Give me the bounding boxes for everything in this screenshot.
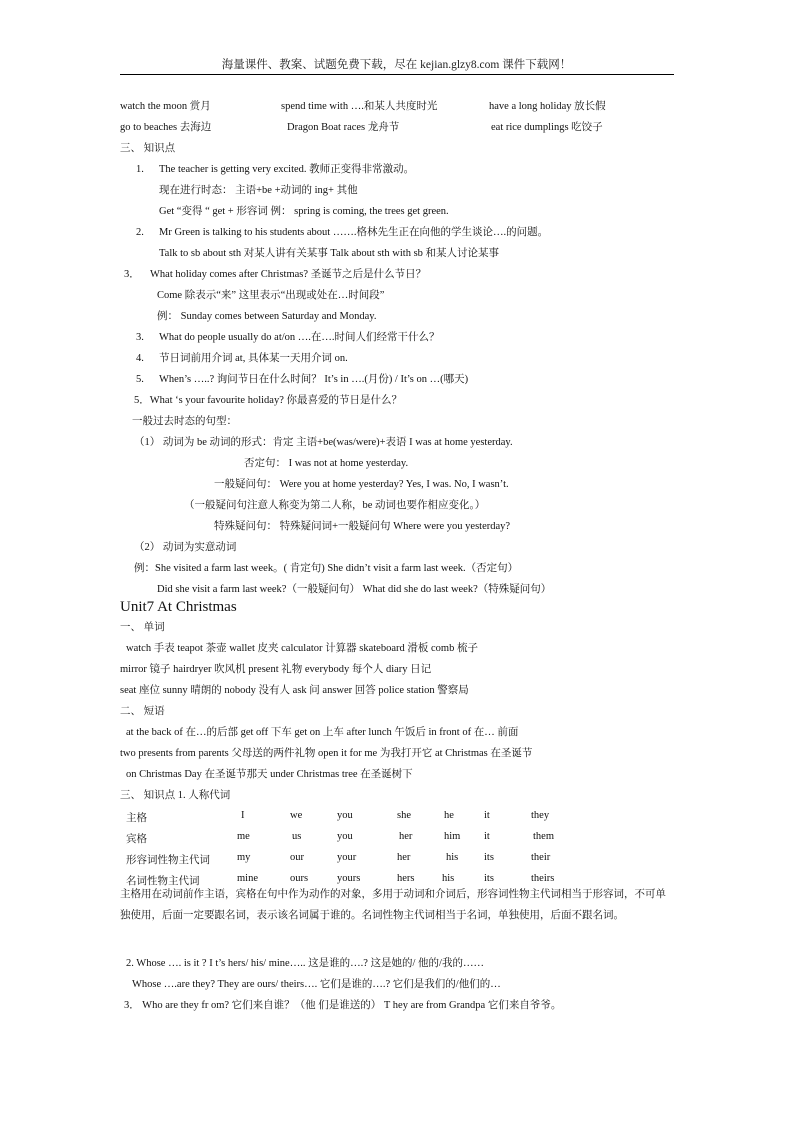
pronoun-cell: your — [337, 852, 356, 863]
phrase-line: on Christmas Day 在圣诞节那天 under Christmas … — [126, 768, 413, 782]
knowledge-line: 4. — [136, 352, 144, 366]
knowledge-line: Mr Green is talking to his students abou… — [159, 226, 548, 240]
pronoun-cell: them — [533, 831, 554, 842]
vocab-line: mirror 镜子 hairdryer 吹风机 present 礼物 every… — [120, 663, 431, 677]
pronoun-cell: mine — [237, 873, 258, 884]
section-heading: 三、 知识点 — [120, 142, 175, 156]
section-heading: 三、 知识点 1. 人称代词 — [120, 789, 230, 803]
knowledge-line: （1） 动词为 be 动词的形式：肯定 主语+be(was/were)+表语 I… — [134, 436, 513, 450]
page-header: 海量课件、教案、试题免费下载，尽在 kejian.glzy8.com 课件下载网… — [0, 56, 793, 72]
vocab-line: watch 手表 teapot 茶壶 wallet 皮夹 calculator … — [126, 642, 478, 656]
pronoun-row-label: 形容词性物主代词 — [126, 852, 210, 867]
pronoun-cell: hers — [397, 873, 415, 884]
phrase-item: eat rice dumplings 吃饺子 — [491, 121, 603, 135]
section-heading: 二、 短语 — [120, 705, 165, 719]
knowledge-line: 一般疑问句： Were you at home yesterday? Yes, … — [214, 478, 509, 492]
phrase-line: at the back of 在…的后部 get off 下车 get on 上… — [126, 726, 518, 740]
pronoun-cell: we — [290, 810, 302, 821]
pronoun-cell: me — [237, 831, 250, 842]
knowledge-line: Get “变得 “ get + 形容词 例： spring is coming,… — [159, 205, 449, 219]
pronoun-cell: ours — [290, 873, 308, 884]
pronoun-cell: I — [241, 810, 245, 821]
pronoun-cell: you — [337, 810, 353, 821]
knowledge-line: （一般疑问句注意人称变为第二人称，be 动词也要作相应变化。） — [184, 499, 485, 513]
vocab-line: seat 座位 sunny 晴朗的 nobody 没有人 ask 问 answe… — [120, 684, 469, 698]
knowledge-line: 特殊疑问句： 特殊疑问词+一般疑问句 Where were you yester… — [214, 520, 510, 534]
pronoun-cell: you — [337, 831, 353, 842]
example-line: 2. Whose …. is it ? I t’s hers/ his/ min… — [126, 957, 484, 971]
pronoun-row-label: 宾格 — [126, 831, 147, 846]
pronoun-cell: it — [484, 810, 490, 821]
knowledge-line: 3. — [136, 331, 144, 345]
pronoun-cell: his — [442, 873, 454, 884]
knowledge-line: The teacher is getting very excited. 教师正… — [159, 163, 414, 177]
pronoun-cell: him — [444, 831, 460, 842]
unit-title: Unit7 At Christmas — [120, 598, 237, 616]
knowledge-line: 2. — [136, 226, 144, 240]
knowledge-line: 现在进行时态： 主语+be +动词的 ing+ 其他 — [159, 184, 358, 198]
pronoun-cell: he — [444, 810, 454, 821]
knowledge-line: Did she visit a farm last week?（一般疑问句） W… — [157, 583, 551, 597]
pronoun-cell: they — [531, 810, 549, 821]
pronoun-cell: her — [399, 831, 412, 842]
phrase-item: watch the moon 赏月 — [120, 100, 211, 114]
knowledge-line: 节日词前用介词 at, 具体某一天用介词 on. — [159, 352, 348, 366]
pronoun-cell: its — [484, 873, 494, 884]
knowledge-line: （2） 动词为实意动词 — [134, 541, 236, 555]
pronoun-cell: our — [290, 852, 304, 863]
phrase-line: two presents from parents 父母送的两件礼物 open … — [120, 747, 532, 761]
pronoun-cell: she — [397, 810, 411, 821]
pronoun-row-label: 主格 — [126, 810, 147, 825]
knowledge-line: 例： Sunday comes between Saturday and Mon… — [157, 310, 376, 324]
knowledge-line: 例：She visited a farm last week。( 肯定句) Sh… — [134, 562, 518, 576]
section-heading: 一、 单词 — [120, 621, 165, 635]
pronoun-cell: their — [531, 852, 550, 863]
header-divider — [120, 74, 674, 75]
pronoun-cell: theirs — [531, 873, 554, 884]
pronoun-cell: its — [484, 852, 494, 863]
pronoun-cell: yours — [337, 873, 360, 884]
example-line: Whose ….are they? They are ours/ theirs…… — [132, 978, 501, 992]
explanation-paragraph: 主格用在动词前作主语，宾格在句中作为动作的对象，多用于动词和介词后，形容词性物主… — [120, 884, 676, 926]
knowledge-line: 3． — [124, 268, 140, 282]
knowledge-line: 1. — [136, 163, 144, 177]
pronoun-cell: her — [397, 852, 410, 863]
phrase-item: spend time with ….和某人共度时光 — [281, 100, 437, 114]
pronoun-cell: us — [292, 831, 301, 842]
knowledge-line: 5. — [136, 373, 144, 387]
phrase-item: have a long holiday 放长假 — [489, 100, 606, 114]
knowledge-line: Come 除表示“来” 这里表示“出现或处在…时间段” — [157, 289, 384, 303]
phrase-item: go to beaches 去海边 — [120, 121, 211, 135]
knowledge-line: When’s …..? 询问节日在什么时间？ It’s in ….(月份) / … — [159, 373, 468, 387]
knowledge-line: What do people usually do at/on ….在….时间人… — [159, 331, 440, 345]
pronoun-cell: my — [237, 852, 250, 863]
knowledge-line: 一般过去时态的句型： — [132, 415, 237, 429]
knowledge-line: 否定句： I was not at home yesterday. — [244, 457, 408, 471]
pronoun-cell: it — [484, 831, 490, 842]
knowledge-line: Talk to sb about sth 对某人讲有关某事 Talk about… — [159, 247, 499, 261]
knowledge-line: What holiday comes after Christmas? 圣诞节之… — [150, 268, 426, 282]
pronoun-cell: his — [446, 852, 458, 863]
phrase-item: Dragon Boat races 龙舟节 — [287, 121, 399, 135]
example-line: 3． Who are they fr om? 它们来自谁？（他 们是谁送的） T… — [124, 999, 561, 1013]
knowledge-line: 5．What ‘s your favourite holiday? 你最喜爱的节… — [134, 394, 402, 408]
